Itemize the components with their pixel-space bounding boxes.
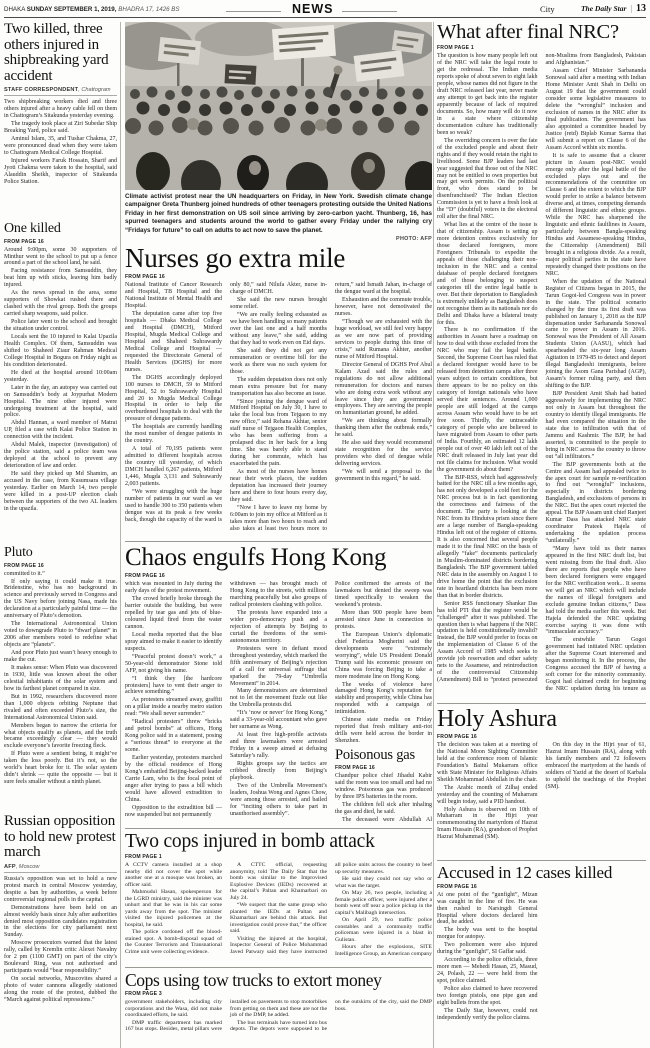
article-russian-opposition: Russian opposition to hold new protest m…: [4, 814, 117, 1042]
article-holy-ashura: Holy Ashura FROM PAGE 16 The decision wa…: [437, 707, 646, 857]
paragraph: Earlier yesterday, protesters marched by…: [125, 755, 222, 804]
paragraph: Protesters were in defiant mood througho…: [230, 646, 327, 688]
paragraph: Abdul Malek, inspector (investigation) o…: [4, 442, 117, 470]
headline: Holy Ashura: [437, 707, 646, 732]
subsection-title: City: [540, 4, 555, 14]
article-column-3: Police confirmed the arrests of the lawm…: [335, 581, 432, 821]
byline-location: , Chattogram: [78, 87, 110, 93]
byline: Staff Correspondent, Chattogram: [4, 86, 117, 96]
paragraph: “We are really feeling exhausted as we h…: [230, 312, 327, 347]
article-body: Russia’s opposition was set to hold a ne…: [4, 876, 117, 1004]
article-column-2: withdrawn — has brought much of Hong Kon…: [230, 581, 327, 821]
section-divider: [125, 828, 432, 829]
header-rule-right: [342, 11, 397, 12]
article-body: Around 9:00pm, some 30 supporters of Min…: [4, 247, 117, 513]
paragraph: The body was sent to the hospital morgue…: [437, 927, 538, 941]
paragraph: Russia’s opposition was set to hold a ne…: [4, 876, 117, 904]
section-divider: [437, 703, 646, 704]
paragraph: A total of 70,195 patients were admitted…: [125, 446, 222, 488]
paragraph: She said the new nurses brought some rel…: [230, 297, 327, 311]
paragraph: On social networks, Muscovites shared a …: [4, 976, 117, 1004]
article-body: The decision was taken at a meeting of t…: [437, 742, 646, 854]
paragraph: At least five high-profile activists and…: [230, 732, 327, 760]
from-page-label: FROM PAGE 1: [125, 854, 432, 860]
headline: Nurses go extra mile: [125, 244, 432, 272]
article-pluto: Pluto FROM PAGE 16 committed to it.”If o…: [4, 546, 117, 814]
paragraph: The overriding concern is over the fate …: [437, 138, 538, 221]
left-column: Two killed, three others injured in ship…: [4, 22, 117, 1046]
middle-column: Climate activist protest near the UN hea…: [125, 22, 432, 1046]
from-page-label: FROM PAGE 3: [125, 991, 432, 997]
paragraph: The BJP governments both at the Centre a…: [546, 462, 647, 545]
paragraph: As the news spread in the area, some sup…: [4, 290, 117, 318]
from-page-label: FROM PAGE 16: [437, 734, 646, 740]
paragraph: The protests have expanded into a wider …: [230, 610, 327, 645]
paragraph: “Peaceful protest doesn’t work,” a 50-ye…: [125, 654, 222, 675]
headline: Cops using tow trucks to extort money: [125, 971, 432, 989]
photo-illustration: [125, 22, 432, 190]
paragraph: But in 1992, researchers discovered more…: [4, 694, 117, 722]
paragraph: If only saying it could make it true. Br…: [4, 579, 117, 621]
headline: Accused in 12 cases killed: [437, 864, 646, 882]
paragraph: It makes sense: When Pluto was discovere…: [4, 665, 117, 693]
from-page-label: FROM PAGE 16: [4, 239, 117, 245]
dateline: DHAKA SUNDAY SEPTEMBER 1, 2019, BHADRA 1…: [4, 6, 180, 13]
paragraph: He said they could not say who or what w…: [335, 876, 432, 889]
from-page-label: FROM PAGE 16: [335, 765, 432, 771]
headline: What after final NRC?: [437, 22, 646, 43]
paragraph: There is no confirmation if the authorit…: [437, 327, 538, 473]
paragraph: A CTTC official, requesting anonymity, t…: [230, 862, 327, 901]
paragraph: “Though we are exhausted with the huge w…: [335, 319, 432, 361]
paragraph: Exhaustion and the commute trouble, howe…: [335, 297, 432, 318]
headline: One killed: [4, 222, 117, 237]
paragraph: The decision was taken at a meeting of t…: [437, 742, 538, 784]
paper-name: The Daily Star: [581, 4, 626, 13]
article-body: government stakeholders, including city …: [125, 999, 432, 1035]
article-columns: which was mounted in July during the ear…: [125, 581, 432, 821]
article-body: National Institute of Cancer Research an…: [125, 282, 432, 534]
paragraph: Holy Ashura is observed on 10th of Muhar…: [437, 807, 538, 842]
paragraph: He died at the hospital around 10:00am y…: [4, 370, 117, 384]
paragraph: Chinese state media on Friday reported t…: [335, 717, 432, 745]
paragraph: Local media reported that the blue spray…: [125, 632, 222, 653]
paragraph: Mahmudul Hasan, spokesperson for the LGR…: [125, 889, 222, 928]
byline-agency: AFP: [4, 864, 16, 870]
divider-bar: |: [630, 4, 632, 13]
newspaper-page: DHAKA SUNDAY SEPTEMBER 1, 2019, BHADRA 1…: [0, 0, 650, 1048]
article-body-poisonous: Chandpur police chief Jihadul Kabir said…: [335, 773, 432, 821]
paragraph: Rights groups say the tactics are cribbe…: [230, 761, 327, 782]
paragraph: What lies at the centre of the issue is …: [437, 222, 538, 326]
article-hong-kong: Chaos engulfs Hong Kong FROM PAGE 16 whi…: [125, 545, 432, 825]
paragraph: The children fell sick after inhaling th…: [335, 802, 432, 816]
article-accused-killed: Accused in 12 cases killed FROM PAGE 16 …: [437, 864, 646, 1044]
paragraph: A CCTV camera installed at a shop nearby…: [125, 862, 222, 888]
headline-poisonous-gas: Poisonous gas: [335, 748, 432, 763]
photo-credit: PHOTO: AFP: [125, 236, 432, 242]
from-page-label: FROM PAGE 16: [125, 573, 432, 579]
headline: Two cops injured in bomb attack: [125, 832, 432, 852]
paragraph: The International Astronomical Union vot…: [4, 621, 117, 649]
paragraph: “We will send a proposal to the governme…: [335, 469, 432, 483]
paragraph: “I think they [the hardcore protesters] …: [125, 676, 222, 697]
paragraph: If Pluto were a sentient being, it might…: [4, 751, 117, 786]
paragraph: The deputation came after top five hospi…: [125, 311, 222, 374]
paragraph: On April 29, two traffic police constabl…: [335, 917, 432, 943]
paragraph: Two shipbreaking workers died and three …: [4, 99, 117, 120]
paragraph: On May 26, two people, including a femal…: [335, 890, 432, 916]
paragraph: The police cordoned off the blood-staine…: [125, 929, 222, 955]
climate-protest-photo: [125, 22, 432, 190]
paragraph: When the updation of the National Regist…: [546, 279, 647, 390]
paragraph: According to the police officials, three…: [437, 957, 538, 985]
page-header: DHAKA SUNDAY SEPTEMBER 1, 2019, BHADRA 1…: [4, 2, 646, 18]
headline: Russian opposition to hold new protest m…: [4, 814, 117, 861]
paragraph: The deceased were Abdullah Al Noman, 10,…: [335, 817, 432, 821]
paragraph: He also said they would recommend state …: [335, 440, 432, 468]
paragraph: “Many have told us their names appeared …: [546, 546, 647, 636]
paragraph: BJP President Amit Shah had batted aggre…: [546, 391, 647, 461]
headline: Two killed, three others injured in ship…: [4, 22, 117, 84]
masthead-brand: The Daily Star | 13: [581, 3, 646, 14]
headline: Chaos engulfs Hong Kong: [125, 545, 432, 571]
paragraph: The hospitals are currently handling the…: [125, 424, 222, 445]
photo-caption: Climate activist protest near the UN hea…: [125, 193, 432, 235]
article-body: committed to it.”If only saying it could…: [4, 571, 117, 787]
paragraph: Many demonstrators are determined not to…: [230, 688, 327, 709]
paragraph: Opposition to the extradition bill — now…: [125, 805, 222, 819]
paragraph: She said they did not get any remunerati…: [230, 348, 327, 376]
paragraph: More than 900 people have been arrested …: [335, 610, 432, 631]
article-column-1: which was mounted in July during the ear…: [125, 581, 222, 821]
section-divider: [125, 541, 432, 542]
byline-location: , Moscow: [16, 864, 40, 870]
article-body: The question is how many people left out…: [437, 53, 646, 697]
paragraph: Chandpur police chief Jihadul Kabir said…: [335, 773, 432, 801]
paragraph: “We are thinking about formally thanking…: [335, 418, 432, 439]
paragraph: Moscow prosecutors warned that the lates…: [4, 940, 117, 975]
paragraph: committed to it.”: [4, 571, 117, 578]
section-title: NEWS: [292, 2, 334, 16]
right-column: What after final NRC? FROM PAGE 1 The qu…: [437, 22, 646, 1046]
paragraph: It is safe to assume that a clearer pict…: [546, 153, 647, 278]
paragraph: Facing resistance from Samsuddin, they b…: [4, 268, 117, 289]
paragraph: Two policemen were also injured during t…: [437, 942, 538, 956]
column-rule-right: [433, 22, 434, 1048]
from-page-label: FROM PAGE 16: [125, 274, 432, 280]
paragraph: Later in the day, an autopsy was carried…: [4, 385, 117, 420]
article-tow-trucks: Cops using tow trucks to extort money FR…: [125, 971, 432, 1041]
paragraph: And poor Pluto just wasn’t heavy enough …: [4, 650, 117, 664]
paragraph: Director General of DGHS Prof Abul Kalam…: [335, 362, 432, 418]
paragraph: National Institute of Cancer Research an…: [125, 282, 222, 310]
paragraph: “Since joining the dengue ward of Mitfor…: [230, 399, 327, 469]
article-nurses: Nurses go extra mile FROM PAGE 16 Nation…: [125, 244, 432, 538]
paragraph: Police confirmed the arrests of the lawm…: [335, 581, 432, 609]
paragraph: The sudden deputation does not only mean…: [230, 377, 327, 398]
paragraph: As protesters streamed away, graffiti on…: [125, 697, 222, 718]
paragraph: Two of the Umbrella Movement’s leaders, …: [230, 783, 327, 818]
paragraph: On this day in the Hijri year of 61, Haz…: [546, 742, 647, 791]
paragraph: which was mounted in July during the ear…: [125, 581, 222, 595]
paragraph: The BJP-RSS, which had aggressively batt…: [437, 475, 538, 600]
paragraph: The Arabic month of Zilhaj ended yesterd…: [437, 785, 538, 806]
paragraph: As most of the nurses have homes near th…: [230, 469, 327, 504]
paragraph: government stakeholders, including city …: [125, 999, 222, 1019]
byline-author: Staff Correspondent: [4, 87, 78, 93]
paragraph: Around 9:00pm, some 30 supporters of Min…: [4, 247, 117, 268]
from-page-label: FROM PAGE 16: [437, 884, 646, 890]
paragraph: Police later went to the school and brou…: [4, 319, 117, 333]
paragraph: “It’s ‘now or never’ for Hong Kong,” sai…: [230, 710, 327, 731]
article-two-cops: Two cops injured in bomb attack FROM PAG…: [125, 832, 432, 964]
byline: AFP, Moscow: [4, 863, 117, 873]
dateline-date: SUNDAY SEPTEMBER 1, 2019,: [27, 6, 117, 13]
paragraph: Abdul Hannan, a ward member of Matrai UP…: [4, 420, 117, 441]
paragraph: The DGHS accordingly deployed 100 nurses…: [125, 375, 222, 424]
paragraph: Demonstrations have been held on an almo…: [4, 905, 117, 940]
paragraph: He said they picked up Md Shamim, an acc…: [4, 471, 117, 513]
paragraph: withdrawn — has brought much of Hong Kon…: [230, 581, 327, 609]
paragraph: “We suspect that the same group who plan…: [230, 902, 327, 935]
paragraph: Locals sent the 10 injured to Kalai Upaz…: [4, 334, 117, 369]
dateline-alt-date: BHADRA 17, 1426 BS: [118, 6, 179, 13]
header-rule-left: [226, 11, 281, 12]
paragraph: Assam Chief Minister Sarbananda Sonowal …: [546, 68, 647, 151]
page-number: 13: [636, 3, 646, 14]
article-shipbreaking: Two killed, three others injured in ship…: [4, 22, 117, 222]
paragraph: The crowd briefly broke through the barr…: [125, 596, 222, 631]
headline: Pluto: [4, 546, 117, 561]
paragraph: “Radical protesters” threw “bricks and p…: [125, 719, 222, 754]
paragraph: The European Union’s diplomatic chief Fe…: [335, 632, 432, 681]
article-body: Police confirmed the arrests of the lawm…: [335, 581, 432, 745]
paragraph: The Daily Star, however, could not indep…: [437, 1008, 538, 1022]
article-nrc: What after final NRC? FROM PAGE 1 The qu…: [437, 22, 646, 700]
paragraph: Members began to narrow the criteria for…: [4, 723, 117, 751]
paragraph: The question is how many people left out…: [437, 53, 538, 136]
article-body: At one point of the “gunfight”, Mizan wa…: [437, 892, 646, 1038]
from-page-label: FROM PAGE 1: [437, 45, 646, 51]
paragraph: The tragedy took place at Ziri Subedar S…: [4, 121, 117, 135]
paragraph: The weeks of violence have damaged Hong …: [335, 682, 432, 717]
section-divider: [125, 967, 432, 968]
from-page-label: FROM PAGE 16: [4, 563, 117, 569]
article-one-killed: One killed FROM PAGE 16 Around 9:00pm, s…: [4, 222, 117, 546]
paragraph: Police also claimed to have recovered tw…: [437, 986, 538, 1007]
section-divider: [437, 860, 646, 861]
column-rule-left: [120, 22, 121, 1048]
article-body: Two shipbreaking workers died and three …: [4, 99, 117, 185]
article-body: A CCTV camera installed at a shop nearby…: [125, 862, 432, 960]
paragraph: Injured workers Faruk Hossain, Sharif an…: [4, 158, 117, 186]
paragraph: At one point of the “gunfight”, Mizan wa…: [437, 892, 538, 927]
paragraph: Aminul Islam, 35, and Tushar Chakma, 27,…: [4, 136, 117, 157]
dateline-city: DHAKA: [4, 6, 25, 13]
